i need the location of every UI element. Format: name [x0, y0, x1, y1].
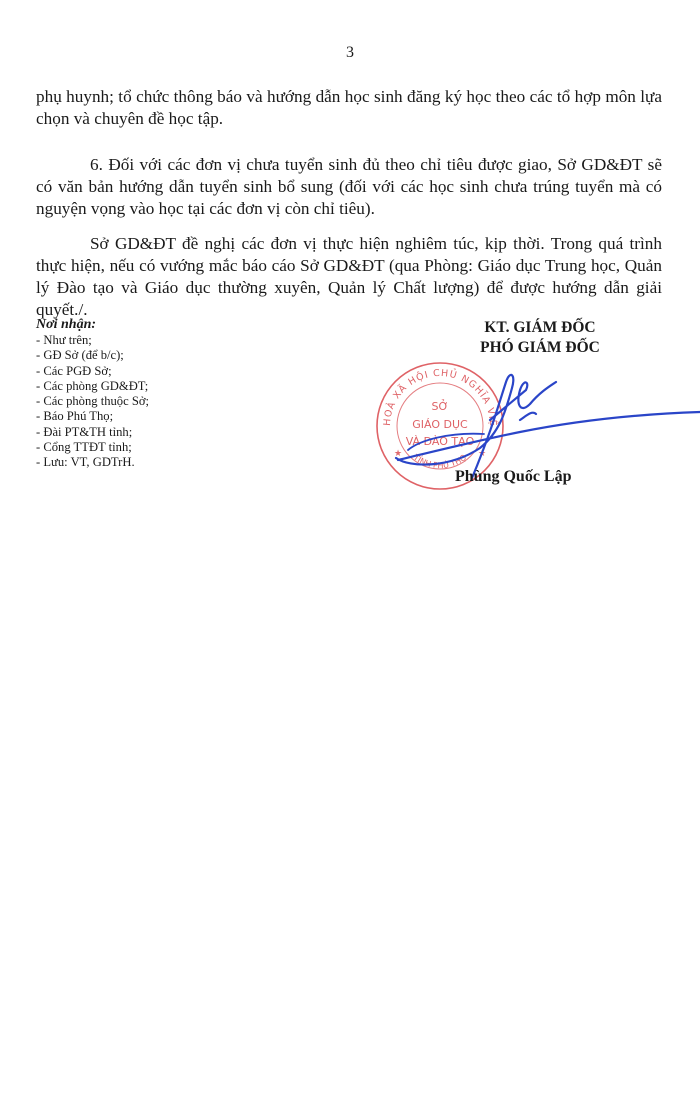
paragraph-item-6: 6. Đối với các đơn vị chưa tuyển sinh đủ…: [36, 154, 662, 220]
recipient-item: Cổng TTĐT tỉnh;: [36, 440, 149, 455]
recipient-item: GĐ Sở (để b/c);: [36, 348, 149, 363]
paragraph-continuation-text: phụ huynh; tổ chức thông báo và hướng dẫ…: [36, 86, 662, 130]
recipient-item: Các phòng GD&ĐT;: [36, 379, 149, 394]
recipients-title: Nơi nhận:: [36, 317, 149, 333]
recipient-item: Các phòng thuộc Sở;: [36, 394, 149, 409]
paragraph-closing: Sở GD&ĐT đề nghị các đơn vị thực hiện ng…: [36, 233, 662, 321]
handwritten-signature-icon: [380, 360, 700, 480]
recipient-item: Như trên;: [36, 333, 149, 348]
recipient-item: Lưu: VT, GDTrH.: [36, 455, 149, 470]
paragraph-closing-text: Sở GD&ĐT đề nghị các đơn vị thực hiện ng…: [36, 233, 662, 321]
recipients-list: Như trên; GĐ Sở (để b/c); Các PGĐ Sở; Cá…: [36, 333, 149, 471]
recipients-block: Nơi nhận: Như trên; GĐ Sở (để b/c); Các …: [36, 317, 149, 471]
signature-title-line2: PHÓ GIÁM ĐỐC: [440, 338, 640, 358]
page-number: 3: [0, 44, 700, 62]
recipient-item: Đài PT&TH tỉnh;: [36, 425, 149, 440]
paragraph-continuation: phụ huynh; tổ chức thông báo và hướng dẫ…: [36, 86, 662, 130]
paragraph-item-6-text: 6. Đối với các đơn vị chưa tuyển sinh đủ…: [36, 154, 662, 220]
recipient-item: Các PGĐ Sở;: [36, 364, 149, 379]
recipient-item: Báo Phú Thọ;: [36, 409, 149, 424]
signer-name: Phùng Quốc Lập: [455, 468, 571, 486]
signature-block: KT. GIÁM ĐỐC PHÓ GIÁM ĐỐC: [440, 318, 640, 358]
signature-title-line1: KT. GIÁM ĐỐC: [440, 318, 640, 338]
